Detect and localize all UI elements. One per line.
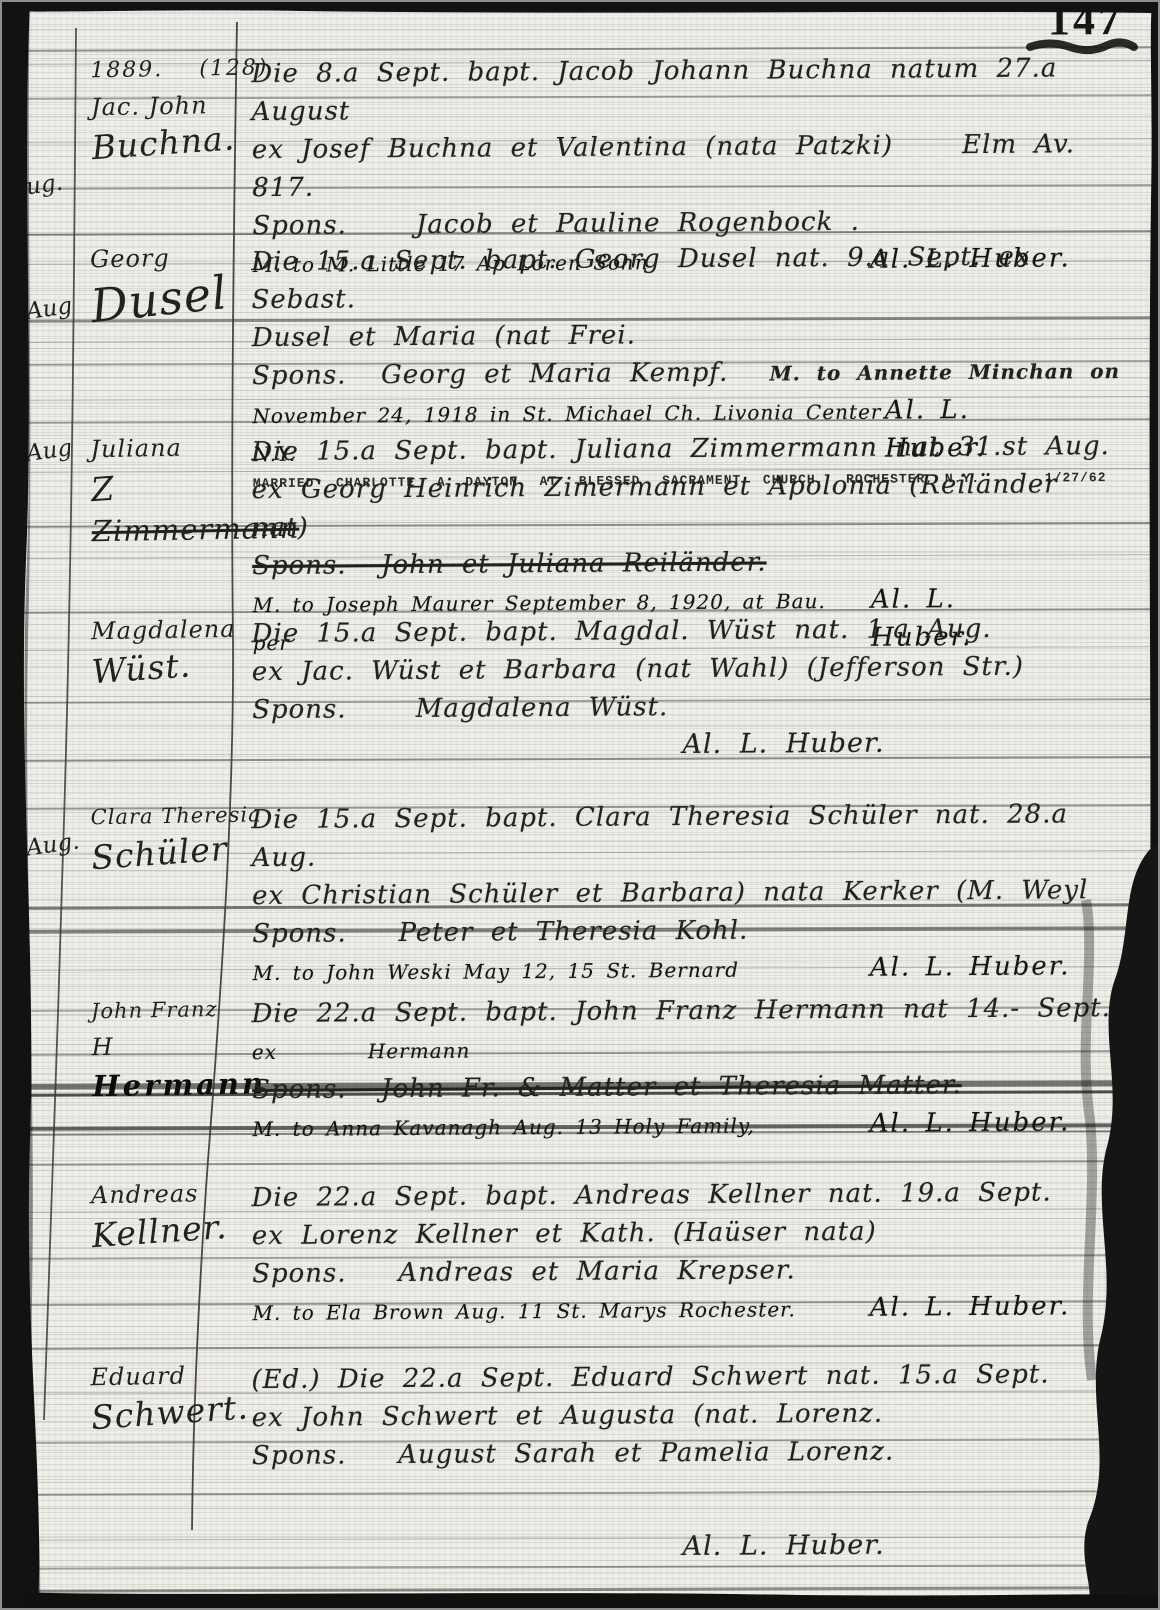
entry-text-column: Die 15.a Sept. bapt. Magdal. Wüst nat. 1… xyxy=(251,609,1130,767)
margin-month-note: ug. xyxy=(24,170,64,201)
child-name-line: Schwert. xyxy=(90,1385,241,1441)
child-name-line: 1889. (128) xyxy=(90,51,239,90)
entry-line-text: Die 15.a Sept. bapt. Magdal. Wüst nat. 1… xyxy=(251,610,991,653)
entry-line: Die 22.a Sept. bapt. John Franz Hermann … xyxy=(251,989,1129,1033)
entry-line: Die 15.a Sept. bapt. Georg Dusel nat. 9.… xyxy=(251,237,1130,319)
entry-line-text: Die 22.a Sept. bapt. Andreas Kellner nat… xyxy=(251,1173,1051,1217)
entry-line-text: Al. L. Huber. xyxy=(682,1527,884,1566)
register-entry: EduardSchwert.(Ed.) Die 22.a Sept. Eduar… xyxy=(0,1358,1130,1566)
child-name-line: Z xyxy=(89,457,240,513)
entry-line-text: Spons. Peter et Theresia Kohl. xyxy=(252,912,748,953)
priest-signature: Al. L. Huber. xyxy=(252,1525,1130,1569)
page-number: 147 xyxy=(1048,0,1123,45)
entry-line-text: M. to Anna Kavanagh Aug. 13 Holy Family, xyxy=(252,1107,755,1149)
priest-signature: Al. L. Huber. xyxy=(870,1287,1131,1327)
entry-line-text: Spons. August Sarah et Pamelia Lorenz. xyxy=(252,1433,895,1475)
entry-line-text: Die 15.a Sept. bapt. Clara Theresia Schü… xyxy=(251,795,1130,877)
entry-text-column: Die 22.a Sept. bapt. Andreas Kellner nat… xyxy=(251,1173,1130,1332)
entry-line: Spons. Andreas et Maria Krepser. xyxy=(252,1249,1130,1293)
entry-line: Die 15.a Sept. bapt. Clara Theresia Schü… xyxy=(251,795,1130,877)
entry-line-text: ex Georg Heinrich Zimermann et Apolonia … xyxy=(251,465,1130,547)
child-name-line: Kellner. xyxy=(90,1203,241,1259)
entry-line-text: Die 22.a Sept. bapt. John Franz Hermann … xyxy=(251,989,1111,1033)
entry-line: Dusel et Maria (nat Frei. xyxy=(252,313,1130,357)
entry-line: Spons. Georg et Maria Kempf.M. to Annett… xyxy=(252,351,1130,396)
entry-line-text: Spons. John et Juliana Reiländer. xyxy=(252,543,767,585)
name-column: EduardSchwert. xyxy=(90,1357,242,1568)
entry-line: Spons. Peter et Theresia Kohl. xyxy=(252,909,1130,953)
entry-text-column: Die 22.a Sept. bapt. John Franz Hermann … xyxy=(251,989,1130,1148)
entry-line: ex Josef Buchna et Valentina (nata Patzk… xyxy=(252,125,1131,207)
entry-line: (Ed.) Die 22.a Sept. Eduard Schwert nat.… xyxy=(251,1355,1129,1399)
entry-line: Die 8.a Sept. bapt. Jacob Johann Buchna … xyxy=(251,49,1130,131)
priest-signature: Al. L. Huber. xyxy=(870,1103,1131,1143)
entry-line: Die 15.a Sept. bapt. Juliana Zimmermann … xyxy=(251,427,1129,471)
entry-line: M. to Anna Kavanagh Aug. 13 Holy Family,… xyxy=(252,1103,1130,1148)
entry-line: ex Hermann xyxy=(252,1027,1130,1071)
entry-line-text: Al. L. Huber. xyxy=(682,725,884,764)
register-entry: MagdalenaWüst.Die 15.a Sept. bapt. Magda… xyxy=(0,612,1130,764)
child-name-line: H xyxy=(91,1027,240,1066)
entry-line-text: M. to John Weski May 12, 15 St. Bernard xyxy=(252,951,739,992)
entry-line: Spons. John et Juliana Reiländer. xyxy=(252,541,1130,585)
entry-line-text: Die 15.a Sept. bapt. Juliana Zimmermann … xyxy=(251,427,1110,471)
entry-line: ex Georg Heinrich Zimermann et Apolonia … xyxy=(251,465,1130,547)
child-name-line: John Franz xyxy=(91,991,240,1030)
register-entry: AndreasKellner.Die 22.a Sept. bapt. Andr… xyxy=(0,1176,1130,1329)
child-name-line: Hermann xyxy=(92,1063,241,1108)
priest-signature: Al. L. Huber. xyxy=(870,947,1131,987)
entry-line: ex Jac. Wüst et Barbara (nat Wahl) (Jeff… xyxy=(252,647,1130,691)
entry-line-text: ex Jac. Wüst et Barbara (nat Wahl) (Jeff… xyxy=(252,648,1024,691)
entry-line-text: ex Christian Schüler et Barbara) nata Ke… xyxy=(252,871,1089,915)
entry-line-text: ex Hermann xyxy=(252,1032,471,1072)
entry-line: ex Christian Schüler et Barbara) nata Ke… xyxy=(252,871,1130,915)
entry-line-text: M. to Ela Brown Aug. 11 St. Marys Roches… xyxy=(252,1290,796,1332)
entry-line: ex John Schwert et Augusta (nat. Lorenz. xyxy=(252,1393,1130,1437)
entry-text-column: (Ed.) Die 22.a Sept. Eduard Schwert nat.… xyxy=(251,1355,1130,1569)
register-entry: John FranzHHermannDie 22.a Sept. bapt. J… xyxy=(0,992,1130,1145)
entry-line-text: ex Lorenz Kellner et Kath. (Haüser nata) xyxy=(252,1213,877,1255)
marriage-annotation: M. to Annette Minchan on xyxy=(769,352,1130,393)
entry-line: Spons. John Fr. & Matter et Theresia Mat… xyxy=(252,1065,1130,1109)
entry-line-text: Dusel et Maria (nat Frei. xyxy=(252,316,636,357)
name-column: Clara TheresiaSchüler xyxy=(90,797,241,991)
entry-line: ex Lorenz Kellner et Kath. (Haüser nata) xyxy=(252,1211,1130,1255)
entry-text-column: Die 15.a Sept. bapt. Clara Theresia Schü… xyxy=(251,795,1130,992)
entry-line-text: ex John Schwert et Augusta (nat. Lorenz. xyxy=(252,1395,884,1437)
child-name-line: Schüler xyxy=(90,825,241,881)
child-name-line: Wüst. xyxy=(90,639,241,695)
register-entries: ug.AugAugAug.1889. (128)Jac. JohnBuchna.… xyxy=(0,0,1160,1610)
priest-signature: Al. L. Huber. xyxy=(252,723,1130,767)
register-entry: Clara TheresiaSchülerDie 15.a Sept. bapt… xyxy=(0,798,1130,989)
entry-line: Die 15.a Sept. bapt. Magdal. Wüst nat. 1… xyxy=(251,609,1129,653)
entry-line-text: Spons. John Fr. & Matter et Theresia Mat… xyxy=(252,1066,962,1109)
entry-line: M. to John Weski May 12, 15 St. BernardA… xyxy=(252,947,1130,992)
name-column: AndreasKellner. xyxy=(91,1175,242,1331)
child-name-line: Zimmermann xyxy=(91,511,240,550)
entry-line-text: Die 15.a Sept. bapt. Georg Dusel nat. 9.… xyxy=(251,237,1130,319)
name-column: MagdalenaWüst. xyxy=(91,611,242,766)
entry-line-text: (Ed.) Die 22.a Sept. Eduard Schwert nat.… xyxy=(251,1355,1049,1399)
entry-line-text: ex Josef Buchna et Valentina (nata Patzk… xyxy=(252,125,1131,207)
entry-line: Die 22.a Sept. bapt. Andreas Kellner nat… xyxy=(251,1173,1129,1217)
child-name-line: Buchna. xyxy=(90,115,241,171)
entry-line: Spons. Magdalena Wüst. xyxy=(252,685,1130,729)
entry-line-text: Spons. Andreas et Maria Krepser. xyxy=(252,1251,796,1293)
entry-line: M. to Ela Brown Aug. 11 St. Marys Roches… xyxy=(252,1287,1130,1332)
name-column: John FranzHHermann xyxy=(91,991,242,1147)
entry-line: Spons. August Sarah et Pamelia Lorenz. xyxy=(252,1431,1130,1475)
entry-line-text: Spons. Georg et Maria Kempf. xyxy=(252,354,729,395)
entry-line-text: Spons. Magdalena Wüst. xyxy=(252,688,668,729)
entry-line-text: Die 8.a Sept. bapt. Jacob Johann Buchna … xyxy=(251,49,1130,131)
register-page-scan: 147 ug.AugAugAug.1889. (128)Jac. JohnBuc… xyxy=(0,0,1160,1610)
